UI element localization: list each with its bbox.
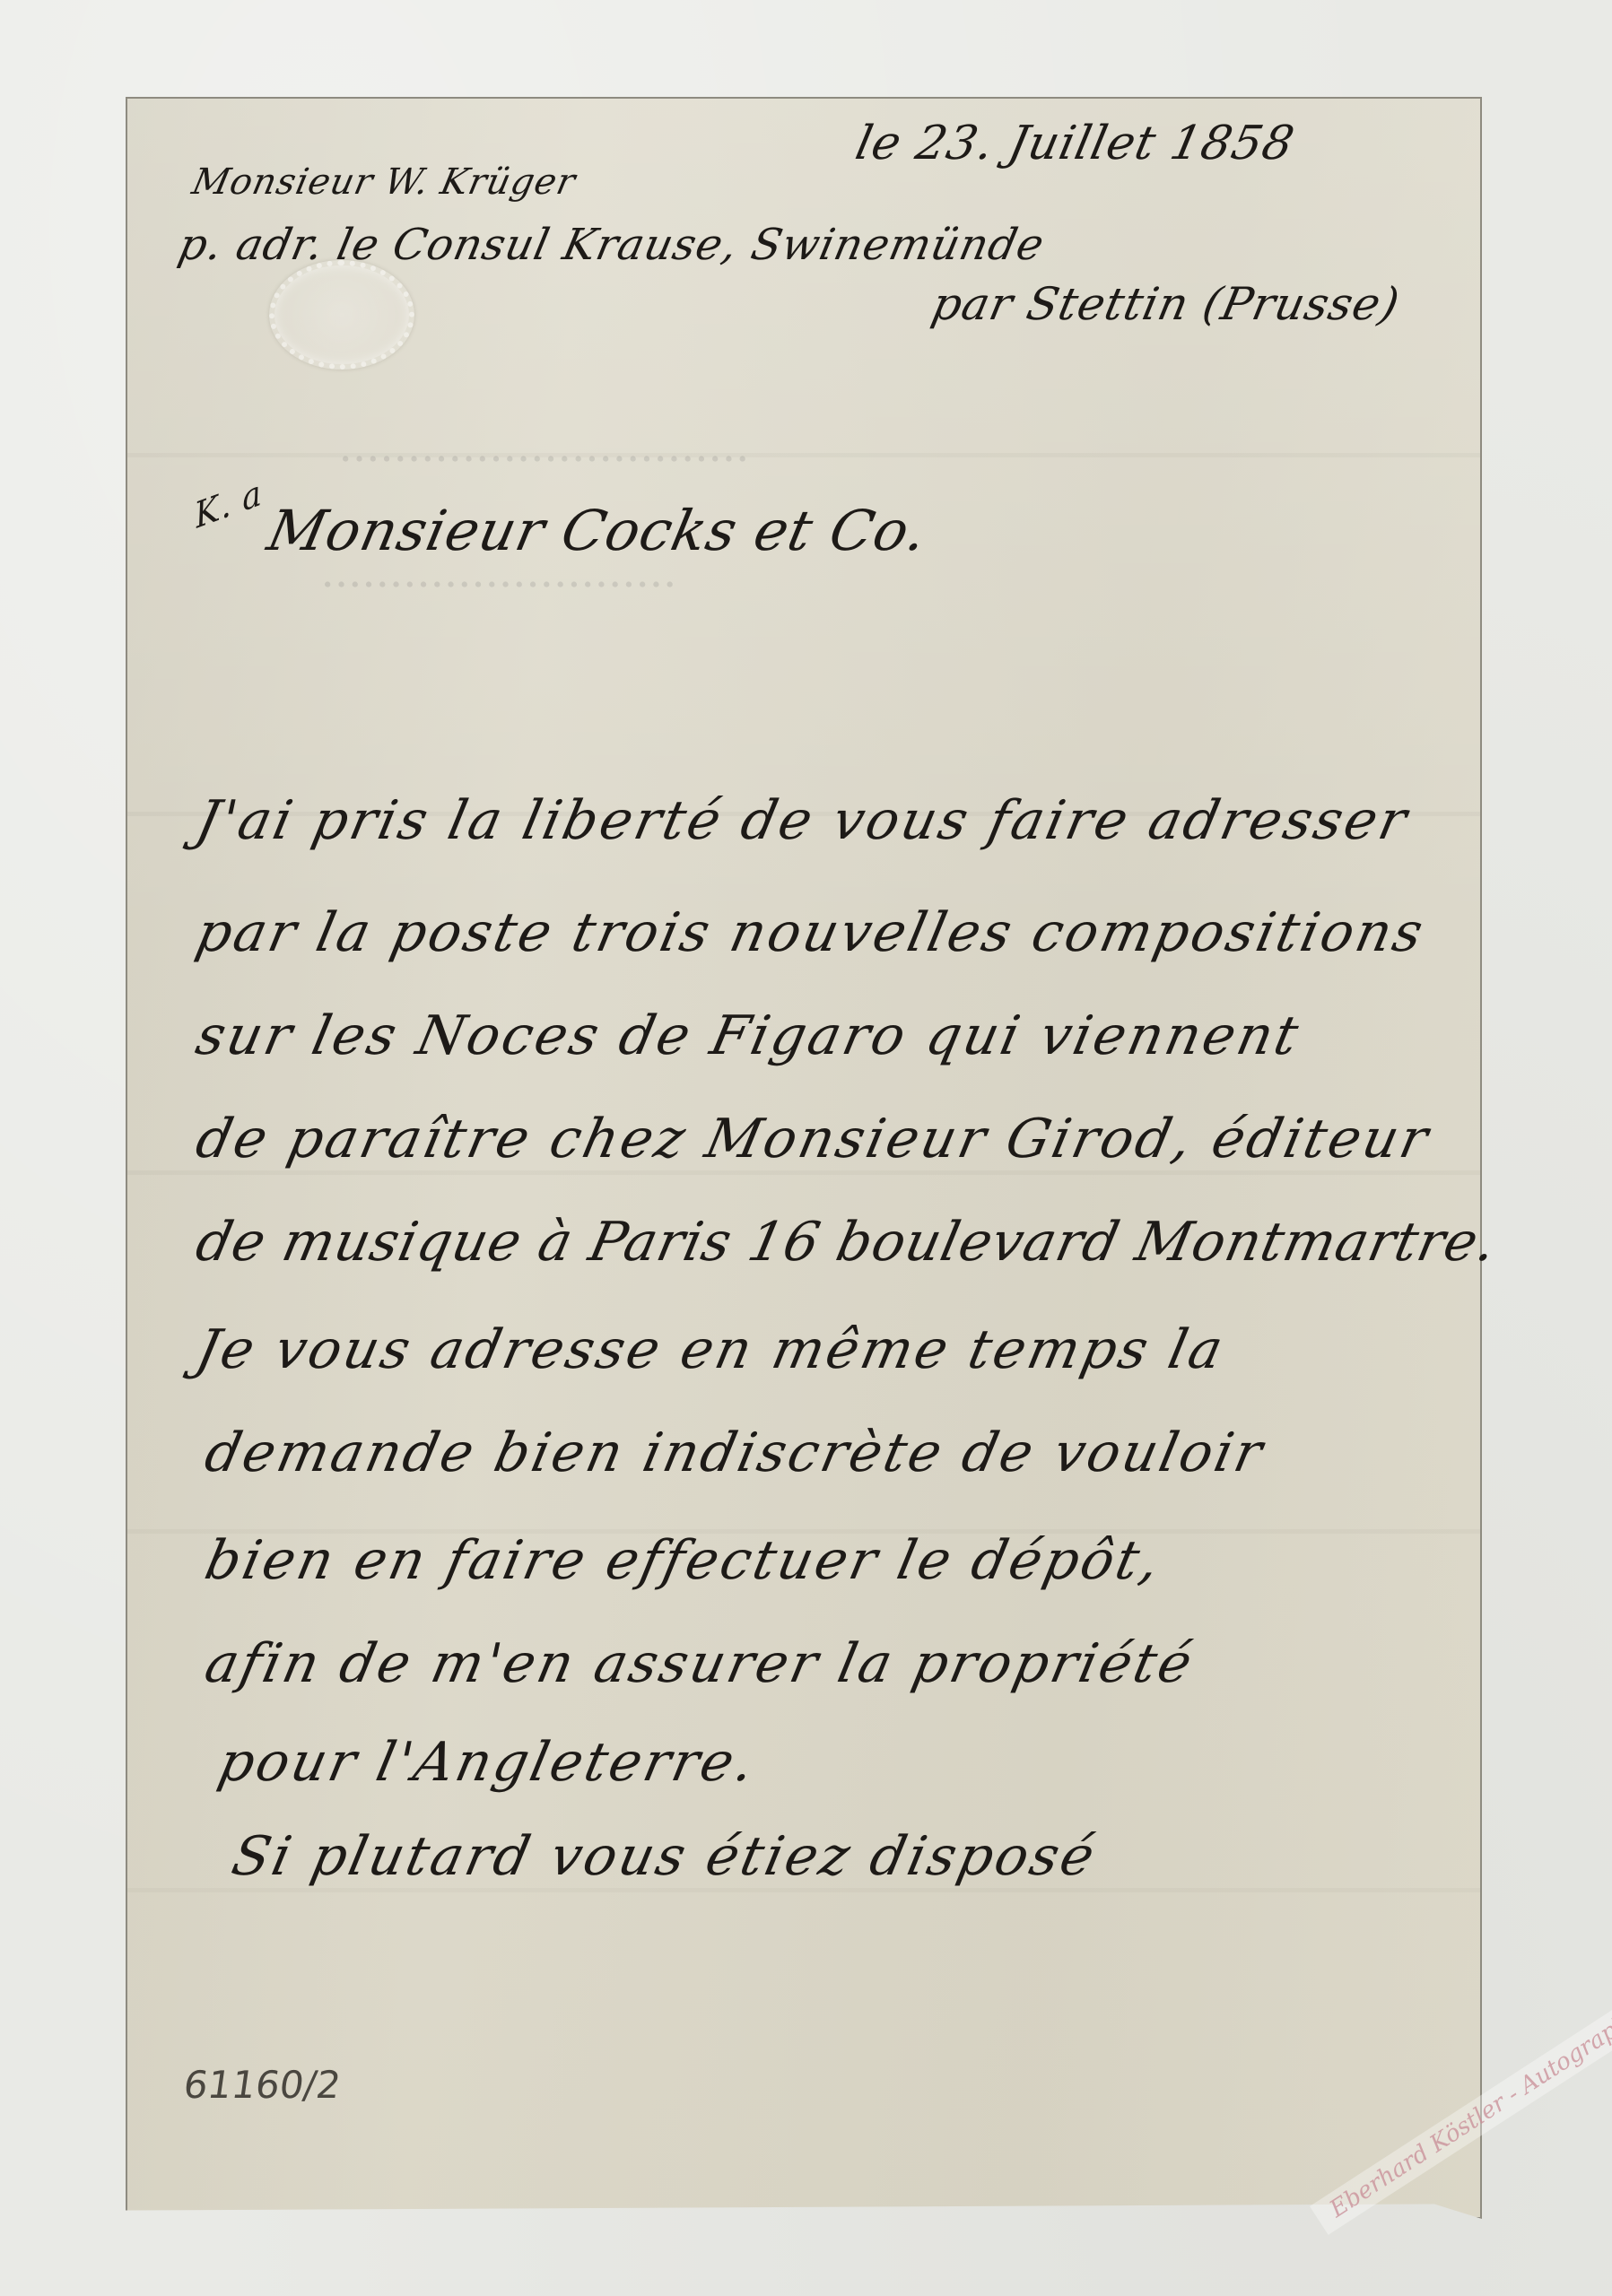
archive-number: 61160/2: [181, 2063, 344, 2107]
salutation: Monsieur Cocks et Co.: [262, 498, 933, 563]
address-line-1: Monsieur W. Krüger: [188, 161, 579, 203]
body-line: Je vous adresse en même temps la: [191, 1318, 1231, 1381]
bleed-through-text: ..............................: [336, 422, 756, 472]
address-line-2: p. adr. le Consul Krause, Swinemünde: [174, 220, 1049, 270]
body-line: afin de m'en assurer la propriété: [200, 1632, 1200, 1695]
body-line: pour l'Angleterre.: [213, 1731, 762, 1794]
body-line: de musique à Paris 16 boulevard Montmart…: [191, 1211, 1503, 1274]
body-line: de paraître chez Monsieur Girod, éditeur: [191, 1108, 1436, 1170]
body-line: sur les Noces de Figaro qui viennent: [191, 1004, 1307, 1067]
body-line: Si plutard vous étiez disposé: [227, 1825, 1102, 1888]
body-line: par la poste trois nouvelles composition…: [191, 901, 1431, 964]
letter-date: le 23. Juillet 1858: [851, 117, 1300, 170]
body-line: bien en faire effectuer le dépôt,: [200, 1529, 1168, 1592]
body-line: demande bien indiscrète de vouloir: [200, 1422, 1270, 1484]
embossed-seal-icon: [269, 260, 414, 370]
address-line-3: par Stettin (Prusse): [928, 278, 1405, 330]
body-line: J'ai pris la liberté de vous faire adres…: [191, 789, 1415, 852]
